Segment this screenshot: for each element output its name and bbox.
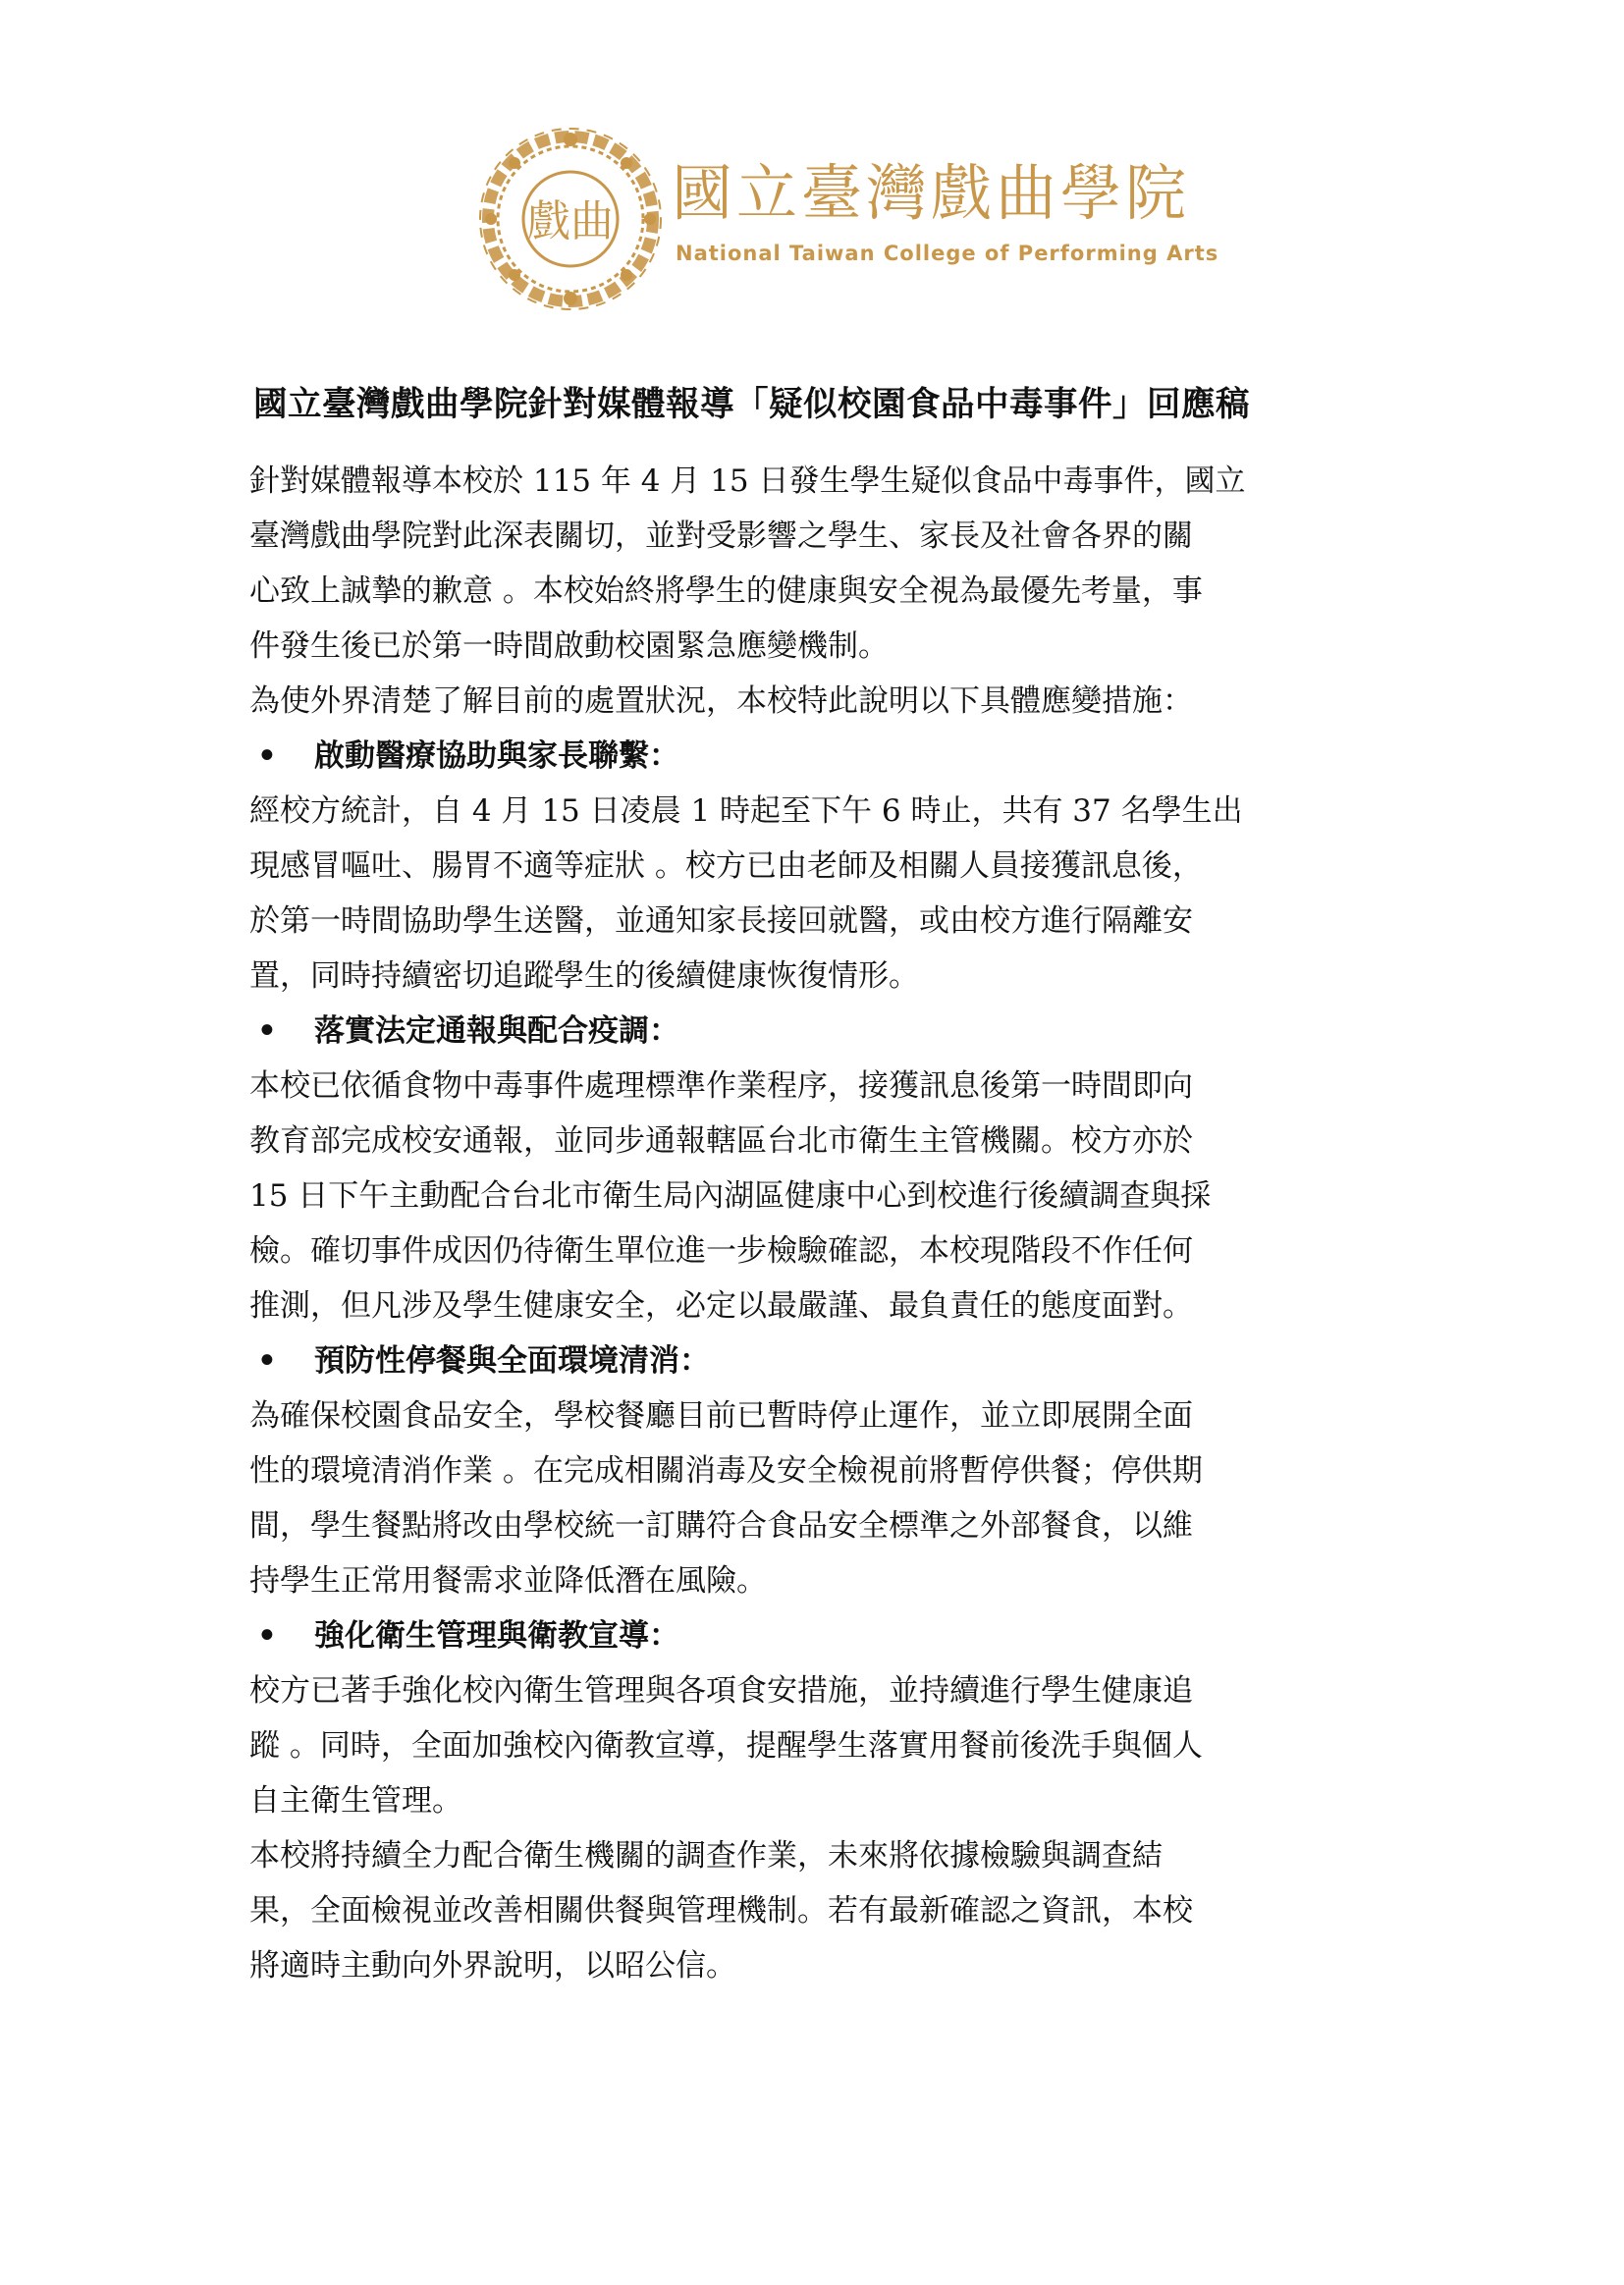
section-heading-disinfection: • 預防性停餐與全面環境清消：: [249, 1333, 1379, 1388]
section-paragraph-hygiene: 校方已著手強化校內衛生管理與各項食安措施，並持續進行學生健康追 蹤 。同時，全面…: [249, 1663, 1379, 1828]
text-line: 置，同時持續密切追蹤學生的後續健康恢復情形。: [249, 949, 1379, 1004]
document-body: 針對媒體報導本校於 115 年 4 月 15 日發生學生疑似食品中毒事件，國立 …: [249, 454, 1379, 1993]
text-line: 心致上誠摯的歉意 。本校始終將學生的健康與安全視為最優先考量，事: [249, 564, 1379, 619]
lead-in-paragraph: 為使外界清楚了解目前的處置狀況，本校特此說明以下具體應變措施：: [249, 674, 1379, 729]
text-line: 性的環境清消作業 。在完成相關消毒及安全檢視前將暫停供餐；停供期: [249, 1443, 1379, 1498]
text-line: 果，全面檢視並改善相關供餐與管理機制。若有最新確認之資訊，本校: [249, 1883, 1379, 1938]
school-logo: 戲曲 國立臺灣戲曲學院 National Taiwan College of P…: [477, 126, 1184, 312]
section-paragraph-medical: 經校方統計，自 4 月 15 日凌晨 1 時起至下午 6 時止，共有 37 名學…: [249, 784, 1379, 1004]
text-line: 將適時主動向外界說明，以昭公信。: [249, 1938, 1379, 1993]
text-line: 為使外界清楚了解目前的處置狀況，本校特此說明以下具體應變措施：: [249, 674, 1379, 729]
text-line: 間，學生餐點將改由學校統一訂購符合食品安全標準之外部餐食，以維: [249, 1498, 1379, 1553]
logo-name-chinese: 國立臺灣戲曲學院: [672, 163, 1190, 224]
text-line: 校方已著手強化校內衛生管理與各項食安措施，並持續進行學生健康追: [249, 1663, 1379, 1718]
section-heading-reporting: • 落實法定通報與配合疫調：: [249, 1004, 1379, 1059]
text-line: 現感冒嘔吐、腸胃不適等症狀 。校方已由老師及相關人員接獲訊息後，: [249, 839, 1379, 894]
text-line: 於第一時間協助學生送醫，並通知家長接回就醫，或由校方進行隔離安: [249, 894, 1379, 949]
text-line: 針對媒體報導本校於 115 年 4 月 15 日發生學生疑似食品中毒事件，國立: [249, 454, 1379, 509]
intro-paragraph: 針對媒體報導本校於 115 年 4 月 15 日發生學生疑似食品中毒事件，國立 …: [249, 454, 1379, 674]
text-line: 15 日下午主動配合台北市衛生局內湖區健康中心到校進行後續調查與採: [249, 1169, 1379, 1224]
section-paragraph-reporting: 本校已依循食物中毒事件處理標準作業程序，接獲訊息後第一時間即向 教育部完成校安通…: [249, 1059, 1379, 1333]
section-heading-text: 預防性停餐與全面環境清消：: [314, 1333, 710, 1388]
section-heading-text: 落實法定通報與配合疫調：: [314, 1004, 679, 1059]
closing-paragraph: 本校將持續全力配合衛生機關的調查作業，未來將依據檢驗與調查結 果，全面檢視並改善…: [249, 1828, 1379, 1993]
text-line: 經校方統計，自 4 月 15 日凌晨 1 時起至下午 6 時止，共有 37 名學…: [249, 784, 1379, 839]
text-line: 臺灣戲曲學院對此深表關切，並對受影響之學生、家長及社會各界的關: [249, 509, 1379, 564]
emblem-characters: 戲曲: [527, 196, 614, 246]
section-heading-hygiene: • 強化衛生管理與衛教宣導：: [249, 1608, 1379, 1663]
bullet-icon: •: [249, 1608, 314, 1663]
text-line: 為確保校園食品安全，學校餐廳目前已暫時停止運作，並立即展開全面: [249, 1388, 1379, 1443]
bullet-icon: •: [249, 729, 314, 784]
section-heading-medical: • 啟動醫療協助與家長聯繫：: [249, 729, 1379, 784]
bullet-icon: •: [249, 1004, 314, 1059]
text-line: 持學生正常用餐需求並降低潛在風險。: [249, 1553, 1379, 1608]
section-paragraph-disinfection: 為確保校園食品安全，學校餐廳目前已暫時停止運作，並立即展開全面 性的環境清消作業…: [249, 1388, 1379, 1608]
text-line: 蹤 。同時，全面加強校內衛教宣導，提醒學生落實用餐前後洗手與個人: [249, 1718, 1379, 1773]
logo-name-english: National Taiwan College of Performing Ar…: [676, 242, 1218, 265]
document-page: 戲曲 國立臺灣戲曲學院 National Taiwan College of P…: [0, 0, 1624, 2285]
document-title: 國立臺灣戲曲學院針對媒體報導「疑似校園食品中毒事件」回應稿: [253, 377, 1392, 432]
text-line: 教育部完成校安通報，並同步通報轄區台北市衛生主管機關。校方亦於: [249, 1114, 1379, 1169]
text-line: 本校已依循食物中毒事件處理標準作業程序，接獲訊息後第一時間即向: [249, 1059, 1379, 1114]
text-line: 件發生後已於第一時間啟動校園緊急應變機制。: [249, 619, 1379, 674]
text-line: 本校將持續全力配合衛生機關的調查作業，未來將依據檢驗與調查結: [249, 1828, 1379, 1883]
text-line: 推測，但凡涉及學生健康安全，必定以最嚴謹、最負責任的態度面對。: [249, 1279, 1379, 1333]
section-heading-text: 啟動醫療協助與家長聯繫：: [314, 729, 679, 784]
text-line: 檢。確切事件成因仍待衛生單位進一步檢驗確認，本校現階段不作任何: [249, 1224, 1379, 1279]
text-line: 自主衛生管理。: [249, 1773, 1379, 1828]
emblem-icon: 戲曲: [477, 126, 664, 312]
bullet-icon: •: [249, 1333, 314, 1388]
section-heading-text: 強化衛生管理與衛教宣導：: [314, 1608, 679, 1663]
